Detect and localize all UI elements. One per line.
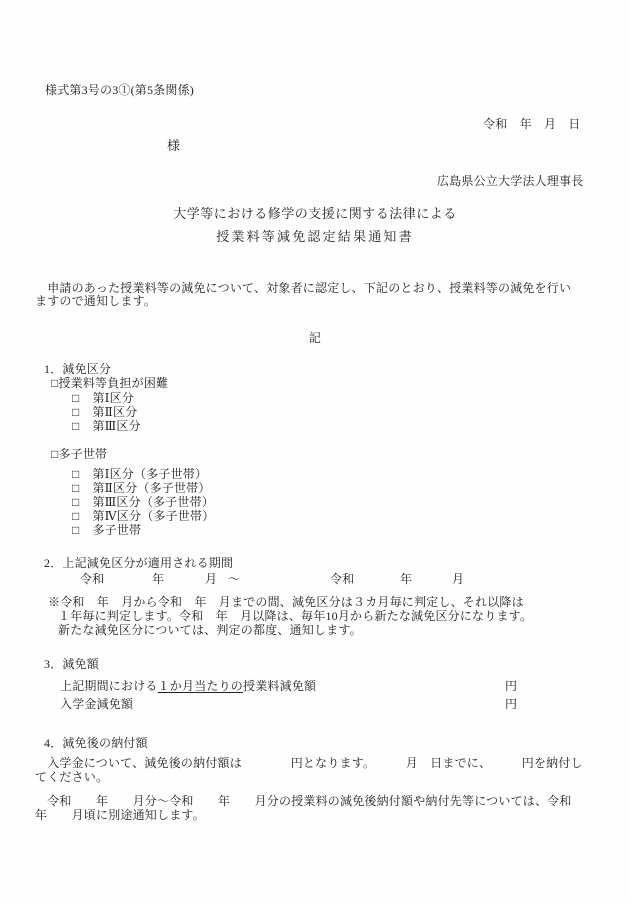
- label-suffix: 授業料減免額: [243, 679, 316, 693]
- date-line: 令和 年 月 日: [483, 117, 581, 131]
- intro-paragraph-line2: ますので通知します。: [35, 294, 156, 308]
- period-era-end: 令和: [330, 572, 354, 586]
- document-title-line1: 大学等における修学の支援に関する法律による: [7, 207, 623, 221]
- checkbox-group-label: 授業料等負担が困難: [58, 376, 168, 390]
- checkbox-label: 第Ⅰ区分: [92, 391, 134, 405]
- section4-paragraph2-line2: 年 月頃に別途通知します。: [35, 808, 205, 822]
- checkbox-item: □第Ⅳ区分（多子世帯）: [72, 509, 214, 523]
- section4-paragraph2-line1: 令和 年 月分～令和 年 月分の授業料の減免後納付額や納付先等については、令和: [35, 794, 572, 808]
- checkbox-group-label: 多子世帯: [58, 447, 107, 461]
- intro-paragraph-line1: 申請のあった授業料等の減免について、対象者に認定し、下記のとおり、授業料等の減免…: [35, 281, 571, 295]
- label-underlined: １か月当たりの: [158, 679, 243, 693]
- addressee-suffix: 様: [167, 139, 180, 153]
- label-prefix: 上記期間における: [60, 679, 158, 693]
- period-line: 令和 年 月 ～ 令和 年 月: [0, 572, 630, 586]
- checkbox-label: 第Ⅱ区分（多子世帯）: [92, 481, 210, 495]
- yen-unit: 円: [505, 697, 517, 711]
- period-month-end: 月: [452, 572, 464, 586]
- section4-paragraph1-line1: 入学金について、減免後の納付額は 円となります。 月 日までに、 円を納付し: [35, 756, 583, 770]
- checkbox-label: 第Ⅲ区分（多子世帯）: [92, 495, 214, 509]
- checkbox-icon: □: [72, 523, 79, 537]
- checkbox-label: 第Ⅲ区分: [92, 419, 140, 433]
- checkbox-icon: □: [72, 405, 79, 419]
- checkbox-icon: □: [72, 509, 79, 523]
- checkbox-item: □多子世帯: [72, 523, 141, 537]
- yen-unit: 円: [505, 679, 517, 693]
- period-tilde: ～: [228, 572, 240, 586]
- checkbox-icon: □: [72, 467, 79, 481]
- checkbox-item: □第Ⅱ区分（多子世帯）: [72, 481, 211, 495]
- section4-heading: 4．減免後の納付額: [44, 736, 148, 750]
- checkbox-icon: □: [72, 495, 79, 509]
- document-title-line2: 授業料等減免認定結果通知書: [7, 230, 623, 244]
- section2-note-line2: １年毎に判定します。令和 年 月以降は、毎年10月から新たな減免区分になります。: [58, 609, 532, 623]
- section1-heading: 1．減免区分: [44, 362, 111, 376]
- admission-fee-reduction-row: 入学金減免額 円: [0, 697, 630, 711]
- checkbox-item: □第Ⅲ区分: [72, 419, 141, 433]
- checkbox-label: 第Ⅰ区分（多子世帯）: [92, 467, 207, 481]
- section2-note-line1: ※令和 年 月から令和 年 月までの間、減免区分は３カ月毎に判定し、それ以降は: [48, 595, 524, 609]
- checkbox-icon: □: [72, 481, 79, 495]
- period-month-start: 月: [205, 572, 217, 586]
- checkbox-item: □第Ⅱ区分: [72, 405, 137, 419]
- checkbox-label: 多子世帯: [92, 523, 141, 537]
- form-number: 様式第3号の3①(第5条関係): [45, 83, 194, 97]
- sender-name: 広島県公立大学法人理事長: [437, 174, 583, 188]
- tuition-reduction-row: 上記期間における１か月当たりの授業料減免額 円: [0, 679, 630, 693]
- checkbox-icon: □: [72, 391, 79, 405]
- checkbox-item: □第Ⅲ区分（多子世帯）: [72, 495, 214, 509]
- admission-fee-reduction-label: 入学金減免額: [60, 697, 133, 711]
- checkbox-label: 第Ⅱ区分: [92, 405, 137, 419]
- checkbox-item: □第Ⅰ区分（多子世帯）: [72, 467, 207, 481]
- checkbox-group-tuition-hardship: □授業料等負担が困難: [51, 376, 168, 390]
- tuition-reduction-label: 上記期間における１か月当たりの授業料減免額: [60, 679, 316, 693]
- checkbox-item: □第Ⅰ区分: [72, 391, 134, 405]
- record-mark: 記: [7, 331, 623, 345]
- checkbox-icon: □: [72, 419, 79, 433]
- period-year-end: 年: [400, 572, 412, 586]
- section2-note-line3: 新たな減免区分については、判定の都度、通知します。: [58, 623, 362, 637]
- section3-heading: 3．減免額: [44, 657, 99, 671]
- period-year-start: 年: [152, 572, 164, 586]
- checkbox-label: 第Ⅳ区分（多子世帯）: [92, 509, 214, 523]
- section4-paragraph1-line2: てください。: [35, 770, 108, 784]
- document-page: 様式第3号の3①(第5条関係) 令和 年 月 日 様 広島県公立大学法人理事長 …: [0, 0, 630, 903]
- section2-heading: 2．上記減免区分が適用される期間: [44, 556, 233, 570]
- checkbox-group-multi-child: □多子世帯: [51, 447, 107, 461]
- period-era-start: 令和: [80, 572, 104, 586]
